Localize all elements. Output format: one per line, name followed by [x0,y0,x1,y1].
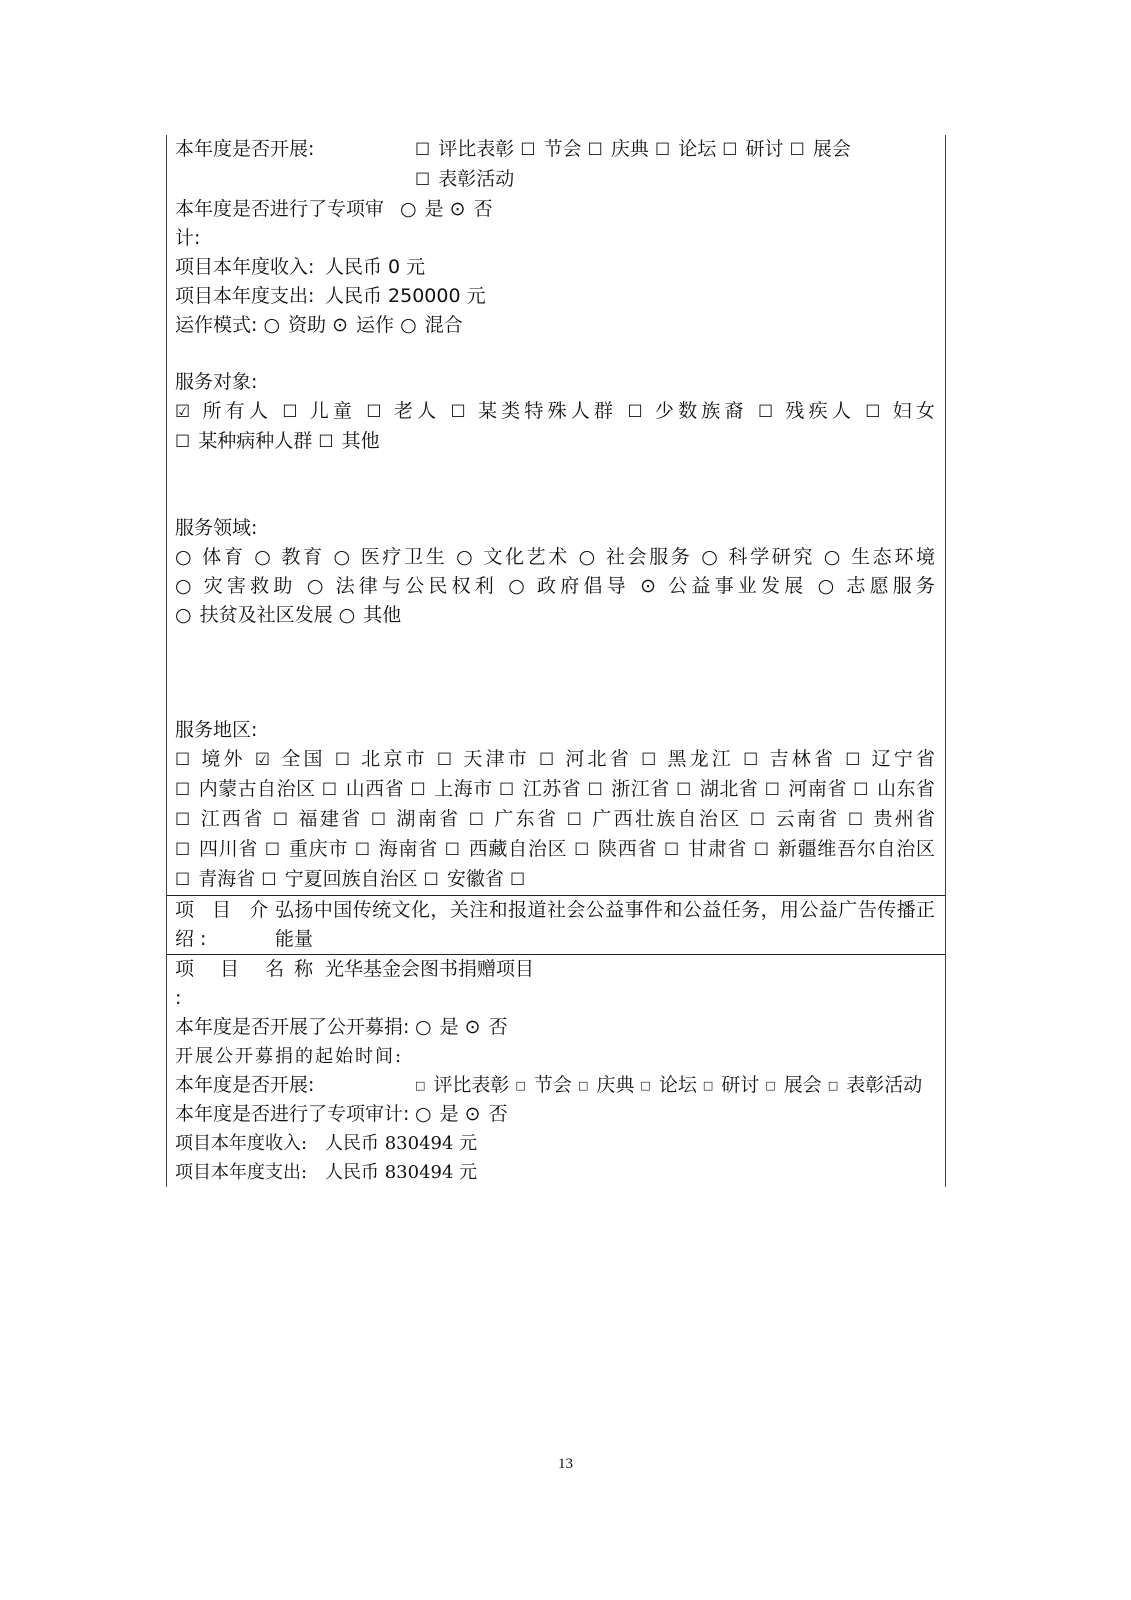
checkbox-label: 全国 [278,748,325,770]
checkbox-icon[interactable]: ☐ [641,746,656,775]
checkbox-icon[interactable]: ☐ [743,746,758,775]
checkbox-option[interactable]: ☐安徽省 [424,868,504,890]
checkbox-icon[interactable]: ☐ [322,776,337,805]
radio-option[interactable]: ○社会服务 [579,546,693,568]
checkbox-label: 浙江省 [611,778,670,800]
service-fields-options: ○体育 ○教育 ○医疗卫生 ○文化艺术 ○社会服务 ○科学研究 ○生态环境 ○灾… [175,543,945,630]
checkbox-label: 展会 [813,138,851,160]
radio-icon[interactable]: ○ [456,543,473,572]
checkbox-icon[interactable]: ☐ [510,866,525,895]
checkbox-option[interactable]: ☐重庆市 [265,838,348,860]
checkbox-label: 北京市 [358,748,428,770]
checkbox-icon[interactable]: □ [765,1079,775,1092]
radio-icon[interactable]: ○ [818,572,835,601]
fundraising-start-label: 开展公开募捐的起始时间: [175,1042,405,1071]
radio-option[interactable]: ○其他 [339,604,402,626]
checkbox-option[interactable]: □论坛 [640,1074,696,1096]
checkbox-label: 贵州省 [871,808,935,830]
special-audit-row-2: 本年度是否进行了专项审计: ○是 ⊙否 [175,1100,945,1129]
radio-icon[interactable]: ○ [400,195,417,224]
checkbox-label: 所有人 [198,400,272,422]
radio-selected-icon[interactable]: ⊙ [450,195,466,224]
radio-option[interactable]: ○是 [415,1103,459,1125]
special-audit-radio-group: ○是 ⊙否 [400,195,945,253]
radio-label: 灾害救助 [200,575,297,597]
radio-option[interactable]: ⊙运作 [332,314,394,336]
checkbox-option[interactable]: ☐甘肃省 [664,838,747,860]
checkbox-option[interactable]: ☐辽宁省 [845,748,935,770]
checkbox-label: 新疆维吾尔自治区 [777,838,935,860]
radio-label: 教育 [279,546,325,568]
checkbox-icon[interactable]: ☐ [175,746,190,775]
income-row: 项目本年度收入: 人民币 0 元 [175,253,945,282]
checkbox-label: 青海省 [198,868,255,890]
income-label: 项目本年度收入: [175,253,325,282]
checkbox-icon[interactable]: ☐ [848,806,863,835]
radio-icon[interactable]: ○ [508,572,525,601]
radio-label: 法律与公民权利 [331,575,498,597]
radio-label: 否 [489,1016,508,1038]
checkbox-label: 表彰活动 [846,1074,922,1096]
checkbox-icon[interactable]: ☐ [451,398,466,427]
checkbox-checked-icon[interactable]: ☑ [175,398,190,427]
checkbox-option[interactable]: □表彰活动 [828,1074,922,1096]
intro-label: 项 目 介绍: [175,896,275,954]
radio-icon[interactable]: ○ [254,543,271,572]
checkbox-icon[interactable]: ☐ [499,776,514,805]
project-2-section: 项 目 名称 : 光华基金会图书捐赠项目 本年度是否开展了公开募捐: ○是 ⊙否… [167,955,945,1187]
checkbox-icon[interactable]: ☐ [282,398,297,427]
checkbox-icon[interactable]: ☐ [722,136,737,165]
checkbox-label: 论坛 [678,138,716,160]
service-regions-options: ☐境外 ☑全国 ☐北京市 ☐天津市 ☐河北省 ☐黑龙江 ☐吉林省 ☐辽宁省 ☐内… [175,745,945,895]
radio-option[interactable]: ○教育 [254,546,325,568]
checkbox-label: 庆典 [596,1074,634,1096]
checkbox-option[interactable]: ☐广东省 [469,808,559,830]
checkbox-option[interactable]: ☑全国 [255,748,326,770]
expense-value: 人民币 250000 元 [325,282,945,311]
checkbox-icon[interactable]: ☐ [335,746,350,775]
radio-option[interactable]: ○灾害救助 [175,575,297,597]
checkbox-label: 四川省 [198,838,258,860]
checkbox-label: 安徽省 [447,868,504,890]
checkbox-icon[interactable]: ☐ [676,776,691,805]
checkbox-icon[interactable]: □ [515,1079,525,1092]
checkbox-option[interactable]: ☐境外 [175,748,246,770]
radio-label: 资助 [288,314,326,336]
checkbox-label: 海南省 [378,838,438,860]
radio-option[interactable]: ○生态环境 [824,546,935,568]
activities-row: 本年度是否开展: ☐评比表彰 ☐节会 ☐庆典 ☐论坛 ☐研讨 ☐展会 ☐表彰活动 [175,135,945,195]
page-number: 13 [0,1456,1131,1473]
checkbox-label: 河北省 [562,748,632,770]
income-label-2: 项目本年度收入: [175,1129,325,1158]
checkbox-option[interactable]: ☐江西省 [175,808,265,830]
checkbox-icon[interactable]: ☐ [445,836,460,865]
activities-options: ☐评比表彰 ☐节会 ☐庆典 ☐论坛 ☐研讨 ☐展会 ☐表彰活动 [415,135,945,195]
radio-selected-icon[interactable]: ⊙ [465,1013,481,1042]
checkbox-option[interactable]: ☐少数族裔 [627,400,747,422]
checkbox-option[interactable]: ☐论坛 [655,138,716,160]
checkbox-icon[interactable]: ☐ [754,836,769,865]
checkbox-label: 老人 [390,400,441,422]
checkbox-label: 云南省 [773,808,839,830]
checkbox-label: 西藏自治区 [468,838,567,860]
checkbox-option[interactable]: ☐黑龙江 [641,748,734,770]
radio-label: 混合 [425,314,463,336]
spacer [175,457,945,514]
checkbox-label: 江苏省 [522,778,581,800]
radio-label: 是 [440,1103,459,1125]
checkbox-icon[interactable]: ☐ [273,806,288,835]
checkbox-option[interactable]: ☐贵州省 [848,808,935,830]
checkbox-icon[interactable]: ☐ [750,806,765,835]
checkbox-icon[interactable]: ☐ [865,398,880,427]
checkbox-option[interactable]: ☐某类特殊人群 [451,400,618,422]
radio-label: 体育 [200,546,246,568]
radio-option[interactable]: ○法律与公民权利 [307,575,498,597]
checkbox-icon[interactable]: ☐ [853,776,868,805]
checkbox-icon[interactable]: ☐ [437,746,452,775]
checkbox-option[interactable]: ☐表彰活动 [415,168,514,190]
checkbox-option[interactable]: ☐北京市 [335,748,428,770]
radio-option[interactable]: ○文化艺术 [456,546,570,568]
radio-option[interactable]: ○是 [400,198,444,220]
radio-label: 生态环境 [848,546,935,568]
checkbox-icon[interactable]: ☐ [410,776,425,805]
checkbox-label: 江西省 [198,808,264,830]
checkbox-label: 河南省 [788,778,847,800]
expense-label-2: 项目本年度支出: [175,1158,325,1187]
checkbox-icon[interactable]: ☐ [845,746,860,775]
public-fundraising-label: 本年度是否开展了公开募捐: [175,1013,415,1042]
checkbox-option[interactable]: ☐残疾人 [758,400,855,422]
checkbox-label: 少数族裔 [651,400,748,422]
checkbox-label: 妇女 [889,400,935,422]
checkbox-label: 庆典 [611,138,649,160]
checkbox-icon[interactable]: ☐ [588,776,603,805]
checkbox-option[interactable]: ☐天津市 [437,748,530,770]
checkbox-label: 某类特殊人群 [474,400,617,422]
radio-label: 公益事业发展 [664,575,807,597]
checkbox-label: 广东省 [492,808,558,830]
checkbox-option[interactable]: ☐江苏省 [499,778,581,800]
checkbox-option[interactable]: ☐海南省 [355,838,438,860]
checkbox-option[interactable]: ☐四川省 [175,838,258,860]
checkbox-option[interactable]: ☐研讨 [722,138,783,160]
checkbox-label: 福建省 [296,808,362,830]
checkbox-option[interactable]: ☐陕西省 [574,838,657,860]
radio-option[interactable]: ⊙否 [450,198,493,220]
checkbox-option[interactable]: ☐青海省 [175,868,255,890]
project-name-row: 项 目 名称 : 光华基金会图书捐赠项目 [175,955,945,1013]
radio-option[interactable]: ○政府倡导 [508,575,630,597]
radio-selected-icon[interactable]: ⊙ [640,572,656,601]
checkbox-label: 表彰活动 [438,168,514,190]
radio-label: 文化艺术 [481,546,570,568]
spacer [175,340,945,368]
checkbox-icon[interactable]: □ [828,1079,838,1092]
radio-icon[interactable]: ○ [175,601,192,630]
special-audit-row: 本年度是否进行了专项审计: ○是 ⊙否 [175,195,945,253]
radio-option[interactable]: ○是 [415,1016,459,1038]
checkbox-option[interactable]: ☐山西省 [322,778,404,800]
service-targets-options: ☑所有人 ☐儿童 ☐老人 ☐某类特殊人群 ☐少数族裔 ☐残疾人 ☐妇女 ☐某种病… [175,397,945,457]
checkbox-icon[interactable]: ☐ [790,136,805,165]
checkbox-label: 广西壮族自治区 [590,808,742,830]
checkbox-icon[interactable]: ☐ [588,136,603,165]
radio-label: 否 [489,1103,508,1125]
radio-label: 其他 [363,604,401,626]
checkbox-icon[interactable]: ☐ [567,806,582,835]
operation-mode-row: 运作模式: ○资助 ⊙运作 ○混合 [175,311,945,340]
checkbox-label: 残疾人 [781,400,855,422]
checkbox-option[interactable]: □展会 [765,1074,821,1096]
radio-option[interactable]: ○体育 [175,546,246,568]
radio-label: 医疗卫生 [358,546,447,568]
checkbox-icon[interactable]: ☐ [265,836,280,865]
checkbox-icon[interactable]: ☐ [175,776,190,805]
operation-mode-options: ○资助 ⊙运作 ○混合 [263,314,462,336]
checkbox-icon[interactable]: ☐ [574,836,589,865]
radio-icon[interactable]: ○ [400,311,417,340]
operation-mode-label: 运作模式: [175,314,257,336]
special-audit-radio-group-2: ○是 ⊙否 [415,1100,945,1129]
expense-value-2: 人民币 830494 元 [325,1158,945,1187]
checkbox-icon[interactable]: ☐ [415,136,430,165]
checkbox-icon[interactable]: ☐ [469,806,484,835]
checkbox-option[interactable]: ☐湖北省 [676,778,758,800]
expense-label: 项目本年度支出: [175,282,325,311]
project-name-label: 项 目 名称 : [175,955,325,1013]
radio-label: 科学研究 [726,546,815,568]
checkbox-label: 辽宁省 [868,748,934,770]
checkbox-label: 重庆市 [288,838,348,860]
checkbox-option[interactable]: ☐福建省 [273,808,363,830]
radio-icon[interactable]: ○ [334,543,351,572]
checkbox-icon[interactable]: □ [415,1079,425,1092]
checkbox-icon[interactable]: ☐ [765,776,780,805]
service-regions-label: 服务地区: [175,716,945,745]
checkbox-icon[interactable]: ☐ [318,428,333,457]
spacer [175,630,945,716]
radio-icon[interactable]: ○ [824,543,841,572]
checkbox-option[interactable]: ☐妇女 [865,400,935,422]
checkbox-option[interactable]: ☑所有人 [175,400,272,422]
radio-label: 政府倡导 [533,575,630,597]
checkbox-icon[interactable]: □ [578,1079,588,1092]
checkbox-icon[interactable]: □ [703,1079,713,1092]
service-fields-label: 服务领域: [175,514,945,543]
checkbox-icon[interactable]: ☐ [664,836,679,865]
radio-label: 运作 [356,314,394,336]
radio-label: 社会服务 [603,546,692,568]
radio-icon[interactable]: ○ [263,311,280,340]
checkbox-option[interactable]: □研讨 [703,1074,759,1096]
checkbox-label: 儿童 [306,400,357,422]
checkbox-icon[interactable]: ☐ [175,866,190,895]
checkbox-icon[interactable]: ☐ [175,806,190,835]
radio-icon[interactable]: ○ [415,1013,432,1042]
special-audit-label: 本年度是否进行了专项审计: [175,195,400,253]
radio-option[interactable]: ⊙否 [465,1016,508,1038]
checkbox-option[interactable]: □节会 [515,1074,571,1096]
service-targets-label: 服务对象: [175,368,945,397]
checkbox-label: 山东省 [877,778,935,800]
checkbox-option[interactable]: ☐西藏自治区 [445,838,568,860]
checkbox-option[interactable]: ☐某种病种人群 [175,430,312,452]
checkbox-option[interactable]: ☐河北省 [539,748,632,770]
activities-options-2: □评比表彰 □节会 □庆典 □论坛 □研讨 □展会 □表彰活动 [415,1071,945,1100]
checkbox-label: 湖南省 [394,808,460,830]
checkbox-label: 某种病种人群 [198,430,312,452]
checkbox-option[interactable]: ☐湖南省 [371,808,461,830]
radio-icon[interactable]: ○ [579,543,596,572]
radio-option[interactable]: ○扶贫及社区发展 [175,604,333,626]
checkbox-option[interactable]: ☐儿童 [282,400,356,422]
radio-selected-icon[interactable]: ⊙ [332,311,348,340]
intro-value: 弘扬中国传统文化，关注和报道社会公益事件和公益任务，用公益广告传播正能量 [275,896,945,954]
expense-row-2: 项目本年度支出: 人民币 830494 元 [175,1158,945,1187]
checkbox-label: 吉林省 [766,748,836,770]
radio-icon[interactable]: ○ [415,1100,432,1129]
radio-label: 是 [425,198,444,220]
operation-mode-group: 运作模式: ○资助 ⊙运作 ○混合 [175,311,473,340]
checkbox-label: 境外 [198,748,245,770]
checkbox-label: 天津市 [460,748,530,770]
radio-option[interactable]: ⊙否 [465,1103,508,1125]
radio-icon[interactable]: ○ [307,572,324,601]
checkbox-option[interactable]: ☐广西壮族自治区 [567,808,742,830]
checkbox-label: 评比表彰 [433,1074,509,1096]
checkbox-label: 上海市 [434,778,493,800]
checkbox-icon[interactable]: ☐ [424,866,439,895]
checkbox-icon[interactable]: ☐ [520,136,535,165]
checkbox-label: 其他 [342,430,380,452]
radio-option[interactable]: ○资助 [263,314,326,336]
radio-option[interactable]: ○科学研究 [701,546,815,568]
checkbox-icon[interactable]: □ [640,1079,650,1092]
checkbox-option[interactable]: ☐新疆维吾尔自治区 [754,838,935,860]
checkbox-icon[interactable]: ☐ [175,428,190,457]
checkbox-label: 湖北省 [699,778,758,800]
checkbox-label: 节会 [534,1074,572,1096]
checkbox-option[interactable]: ☐宁夏回族自治区 [261,868,417,890]
checkbox-option[interactable]: ☐山东省 [853,778,935,800]
checkbox-option[interactable]: ☐内蒙古自治区 [175,778,315,800]
checkbox-label: 研讨 [746,138,784,160]
checkbox-label: 山西省 [345,778,404,800]
radio-label: 扶贫及社区发展 [200,604,333,626]
checkbox-icon[interactable]: ☐ [539,746,554,775]
public-fundraising-row: 本年度是否开展了公开募捐: ○是 ⊙否 [175,1013,945,1042]
activities-label: 本年度是否开展: [175,135,415,195]
public-fundraising-radio-group: ○是 ⊙否 [415,1013,945,1042]
checkbox-icon[interactable]: ☐ [261,866,276,895]
checkbox-icon[interactable]: ☐ [371,806,386,835]
project-1-section: 本年度是否开展: ☐评比表彰 ☐节会 ☐庆典 ☐论坛 ☐研讨 ☐展会 ☐表彰活动… [167,135,945,955]
radio-icon[interactable]: ○ [701,543,718,572]
radio-option[interactable]: ○医疗卫生 [334,546,448,568]
checkbox-option[interactable]: ☐评比表彰 [415,138,514,160]
radio-label: 是 [440,1016,459,1038]
radio-icon[interactable]: ○ [175,572,192,601]
income-value: 人民币 0 元 [325,253,945,282]
checkbox-icon[interactable]: ☐ [627,398,642,427]
radio-icon[interactable]: ○ [339,601,356,630]
checkbox-icon[interactable]: ☐ [758,398,773,427]
checkbox-option[interactable]: ☐其他 [318,430,379,452]
checkbox-option[interactable]: ☐云南省 [750,808,840,830]
checkbox-label: 宁夏回族自治区 [285,868,418,890]
income-row-2: 项目本年度收入: 人民币 830494 元 [175,1129,945,1158]
activities-label-2: 本年度是否开展: [175,1071,415,1100]
checkbox-option[interactable]: ☐河南省 [765,778,847,800]
checkbox-label: 陕西省 [597,838,657,860]
checkbox-icon[interactable]: ☐ [415,166,430,195]
radio-option[interactable]: ○混合 [400,314,463,336]
checkbox-option[interactable]: ☐展会 [790,138,851,160]
expense-row: 项目本年度支出: 人民币 250000 元 [175,282,945,311]
fundraising-start-row: 开展公开募捐的起始时间: [175,1042,945,1071]
checkbox-option[interactable]: ☐节会 [520,138,581,160]
checkbox-checked-icon[interactable]: ☑ [255,746,270,775]
checkbox-option[interactable]: ☐庆典 [588,138,649,160]
checkbox-option[interactable]: ☐吉林省 [743,748,836,770]
checkbox-option[interactable]: ☐老人 [366,400,440,422]
checkbox-icon[interactable]: ☐ [355,836,370,865]
radio-label: 否 [474,198,493,220]
radio-label: 志愿服务 [842,575,935,597]
checkbox-icon[interactable]: ☐ [366,398,381,427]
checkbox-label: 甘肃省 [687,838,747,860]
checkbox-option[interactable]: □庆典 [578,1074,634,1096]
checkbox-option[interactable]: ☐ [510,868,533,890]
checkbox-label: 节会 [544,138,582,160]
radio-selected-icon[interactable]: ⊙ [465,1100,481,1129]
fundraising-start-value [405,1042,945,1071]
checkbox-label: 研讨 [721,1074,759,1096]
checkbox-icon[interactable]: ☐ [175,836,190,865]
project-name-value: 光华基金会图书捐赠项目 [325,955,945,1013]
checkbox-option[interactable]: ☐上海市 [410,778,492,800]
intro-row: 项 目 介绍: 弘扬中国传统文化，关注和报道社会公益事件和公益任务，用公益广告传… [175,896,945,954]
activities-row-2: 本年度是否开展: □评比表彰 □节会 □庆典 □论坛 □研讨 □展会 □表彰活动 [175,1071,945,1100]
checkbox-label: 内蒙古自治区 [198,778,315,800]
income-value-2: 人民币 830494 元 [325,1129,945,1158]
radio-option[interactable]: ○志愿服务 [818,575,935,597]
checkbox-label: 展会 [784,1074,822,1096]
radio-icon[interactable]: ○ [175,543,192,572]
project-table: 本年度是否开展: ☐评比表彰 ☐节会 ☐庆典 ☐论坛 ☐研讨 ☐展会 ☐表彰活动… [166,135,946,1187]
checkbox-icon[interactable]: ☐ [655,136,670,165]
radio-option[interactable]: ⊙公益事业发展 [640,575,807,597]
checkbox-label: 论坛 [659,1074,697,1096]
checkbox-label: 评比表彰 [438,138,514,160]
checkbox-label: 黑龙江 [664,748,734,770]
checkbox-option[interactable]: □评比表彰 [415,1074,509,1096]
checkbox-option[interactable]: ☐浙江省 [588,778,670,800]
special-audit-label-2: 本年度是否进行了专项审计: [175,1100,415,1129]
